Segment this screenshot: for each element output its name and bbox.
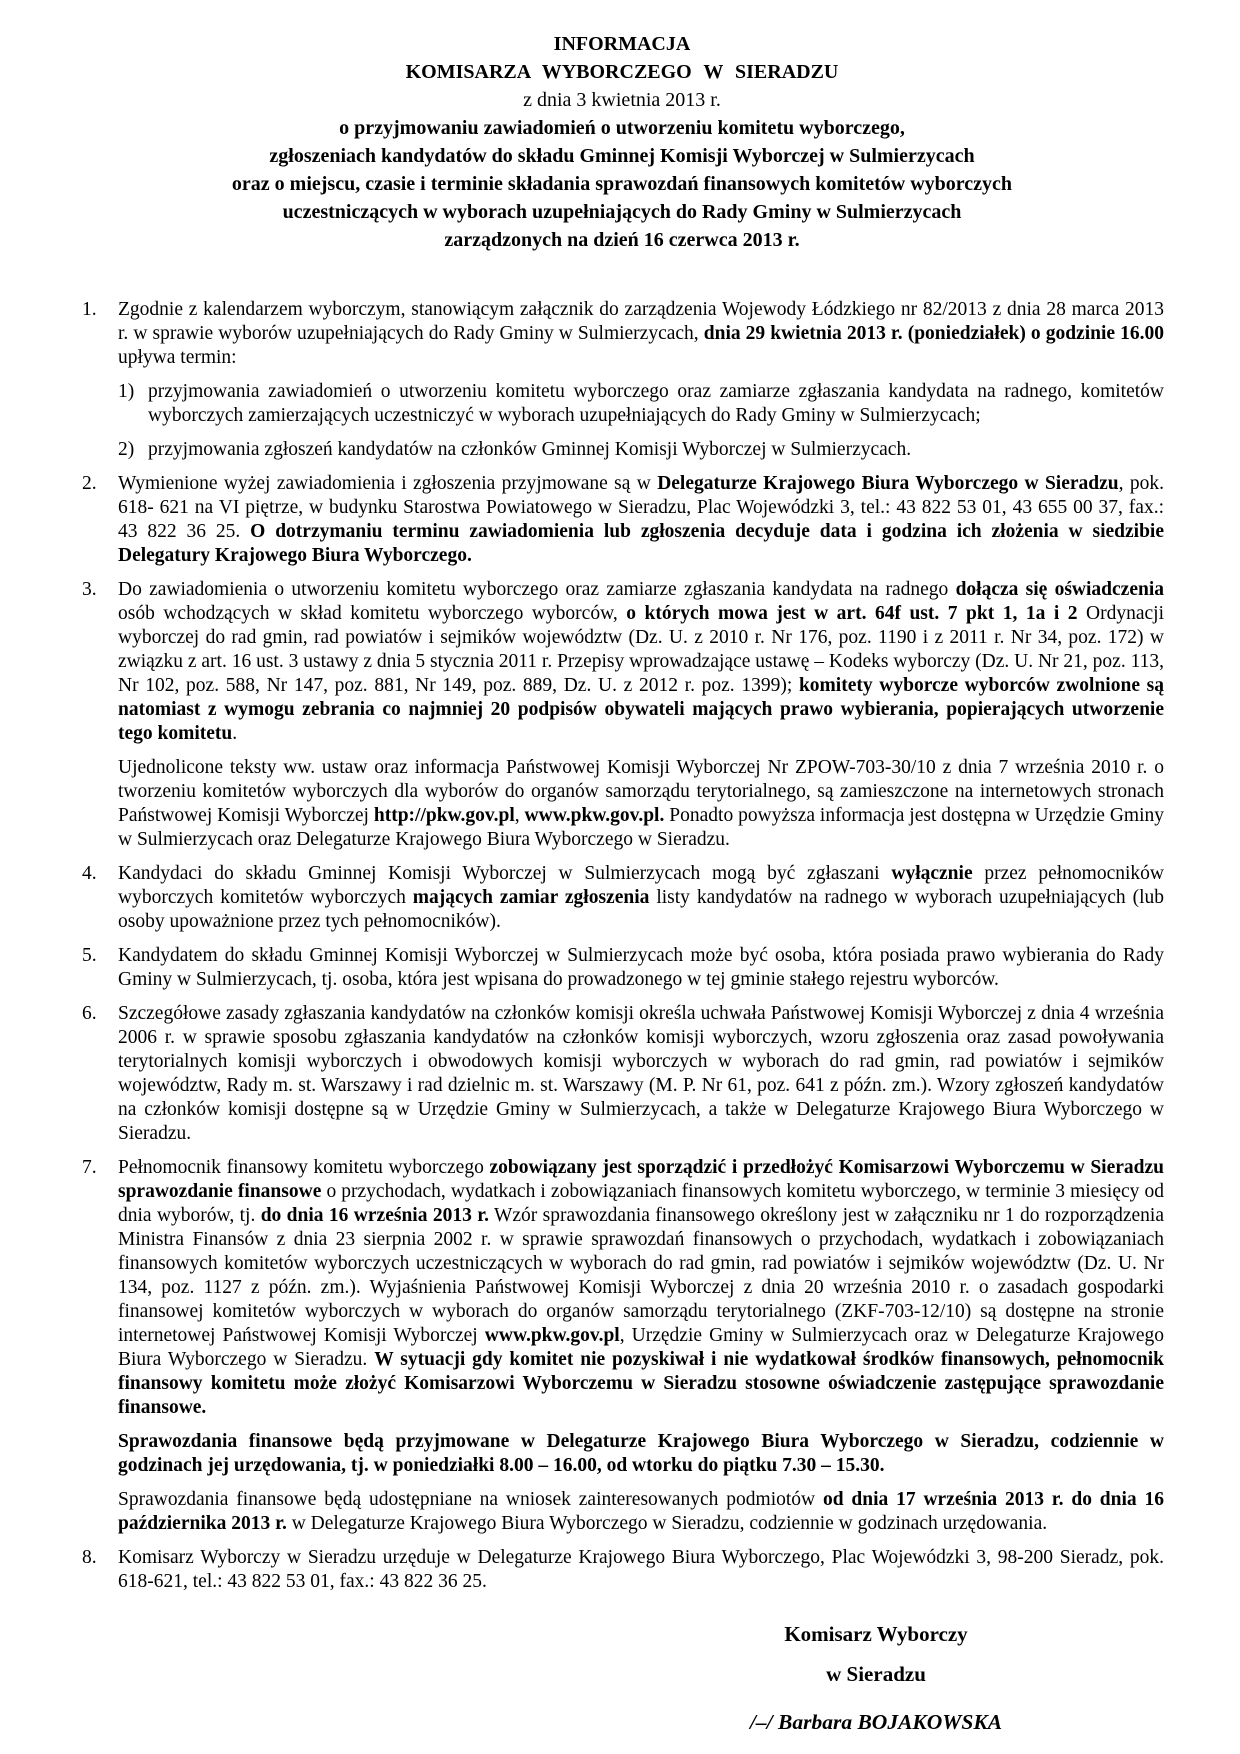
text-run-bold: mających zamiar zgłoszenia	[413, 887, 650, 908]
item-text: Kandydaci do składu Gminnej Komisji Wybo…	[118, 862, 1164, 934]
document-page: INFORMACJA KOMISARZA WYBORCZEGO W SIERAD…	[0, 0, 1240, 1754]
subject-line: o przyjmowaniu zawiadomień o utworzeniu …	[80, 114, 1164, 142]
subject-line: zarządzonych na dzień 16 czerwca 2013 r.	[80, 226, 1164, 254]
item-number: 1.	[82, 298, 97, 322]
item-number: 8.	[82, 1546, 97, 1570]
item-text: Zgodnie z kalendarzem wyborczym, stanowi…	[118, 298, 1164, 370]
text-run: Kandydaci do składu Gminnej Komisji Wybo…	[118, 863, 891, 884]
text-run: w Delegaturze Krajowego Biura Wyborczego…	[287, 1513, 1047, 1534]
subject-line: zgłoszeniach kandydatów do składu Gminne…	[80, 142, 1164, 170]
text-run: Sprawozdania finansowe będą udostępniane…	[118, 1489, 823, 1510]
sub-item-1: 1) przyjmowania zawiadomień o utworzeniu…	[118, 380, 1164, 428]
item-number: 3.	[82, 578, 97, 602]
list-item-7: 7. Pełnomocnik finansowy komitetu wyborc…	[80, 1156, 1164, 1536]
continuation-paragraph: Ujednolicone teksty ww. ustaw oraz infor…	[118, 756, 1164, 852]
text-run: Wymienione wyżej zawiadomienia i zgłosze…	[118, 473, 657, 494]
item-text: Kandydatem do składu Gminnej Komisji Wyb…	[118, 944, 1164, 992]
item-number: 5.	[82, 944, 97, 968]
sub-item-number: 2)	[118, 438, 134, 462]
text-run-bold: Sprawozdania finansowe będą przyjmowane …	[118, 1431, 1164, 1476]
numbered-list: 1. Zgodnie z kalendarzem wyborczym, stan…	[80, 298, 1164, 1594]
text-run: Komisarz Wyborczy w Sieradzu urzęduje w …	[118, 1547, 1164, 1592]
list-item-8: 8. Komisarz Wyborczy w Sieradzu urzęduje…	[80, 1546, 1164, 1594]
text-run: przyjmowania zgłoszeń kandydatów na czło…	[148, 439, 911, 460]
item-number: 2.	[82, 472, 97, 496]
text-run: Do zawiadomienia o utworzeniu komitetu w…	[118, 579, 956, 600]
text-run-bold: o których mowa jest w art. 64f ust. 7 pk…	[626, 603, 1077, 624]
sub-item-number: 1)	[118, 380, 134, 404]
signature-role-line: Komisarz Wyborczy	[666, 1614, 1086, 1654]
continuation-paragraph: Sprawozdania finansowe będą udostępniane…	[118, 1488, 1164, 1536]
text-run-bold: do dnia 16 września 2013 r.	[261, 1205, 489, 1226]
signature-role-line: w Sieradzu	[666, 1654, 1086, 1694]
list-item-1: 1. Zgodnie z kalendarzem wyborczym, stan…	[80, 298, 1164, 462]
item-number: 6.	[82, 1002, 97, 1026]
text-run: .	[232, 723, 237, 744]
text-run-bold: dnia 29 kwietnia 2013 r. (poniedziałek) …	[704, 323, 1164, 344]
pkw-url: www.pkw.gov.pl	[485, 1325, 620, 1346]
text-run: osób wchodzących w skład komitetu wyborc…	[118, 603, 626, 624]
item-text: Komisarz Wyborczy w Sieradzu urzęduje w …	[118, 1546, 1164, 1594]
subject-line: oraz o miejscu, czasie i terminie składa…	[80, 170, 1164, 198]
text-run: upływa termin:	[118, 347, 237, 368]
item-text: Szczegółowe zasady zgłaszania kandydatów…	[118, 1002, 1164, 1146]
item-text: Do zawiadomienia o utworzeniu komitetu w…	[118, 578, 1164, 746]
list-item-6: 6. Szczegółowe zasady zgłaszania kandyda…	[80, 1002, 1164, 1146]
list-item-2: 2. Wymienione wyżej zawiadomienia i zgło…	[80, 472, 1164, 568]
pkw-url: http://pkw.gov.pl	[374, 805, 515, 826]
text-run-bold: wyłącznie	[891, 863, 972, 884]
continuation-paragraph: Sprawozdania finansowe będą przyjmowane …	[118, 1430, 1164, 1478]
item-text: Pełnomocnik finansowy komitetu wyborczeg…	[118, 1156, 1164, 1420]
text-run: ,	[515, 805, 525, 826]
signature-name: /–/ Barbara BOJAKOWSKA	[666, 1700, 1086, 1744]
pkw-url: www.pkw.gov.pl.	[525, 805, 665, 826]
item-number: 7.	[82, 1156, 97, 1180]
sub-item-2: 2) przyjmowania zgłoszeń kandydatów na c…	[118, 438, 1164, 462]
list-item-5: 5. Kandydatem do składu Gminnej Komisji …	[80, 944, 1164, 992]
item-text: Wymienione wyżej zawiadomienia i zgłosze…	[118, 472, 1164, 568]
signature-block: Komisarz Wyborczy w Sieradzu /–/ Barbara…	[666, 1614, 1086, 1744]
text-run: Szczegółowe zasady zgłaszania kandydatów…	[118, 1003, 1164, 1144]
item-number: 4.	[82, 862, 97, 886]
text-run: przyjmowania zawiadomień o utworzeniu ko…	[148, 381, 1164, 426]
sub-item-text: przyjmowania zgłoszeń kandydatów na czło…	[148, 438, 1164, 462]
list-item-4: 4. Kandydaci do składu Gminnej Komisji W…	[80, 862, 1164, 934]
text-run-bold: Delegaturze Krajowego Biura Wyborczego w…	[657, 473, 1118, 494]
text-run: Kandydatem do składu Gminnej Komisji Wyb…	[118, 945, 1164, 990]
sub-item-text: przyjmowania zawiadomień o utworzeniu ko…	[148, 380, 1164, 428]
subject-line: uczestniczących w wyborach uzupełniający…	[80, 198, 1164, 226]
document-header: INFORMACJA KOMISARZA WYBORCZEGO W SIERAD…	[80, 30, 1164, 254]
issuing-authority: KOMISARZA WYBORCZEGO W SIERADZU	[80, 58, 1164, 86]
list-item-3: 3. Do zawiadomienia o utworzeniu komitet…	[80, 578, 1164, 852]
text-run-bold: dołącza się oświadczenia	[956, 579, 1164, 600]
text-run: Pełnomocnik finansowy komitetu wyborczeg…	[118, 1157, 490, 1178]
document-date: z dnia 3 kwietnia 2013 r.	[80, 86, 1164, 114]
document-title: INFORMACJA	[80, 30, 1164, 58]
text-run-bold: O dotrzymaniu terminu zawiadomienia lub …	[118, 521, 1164, 566]
